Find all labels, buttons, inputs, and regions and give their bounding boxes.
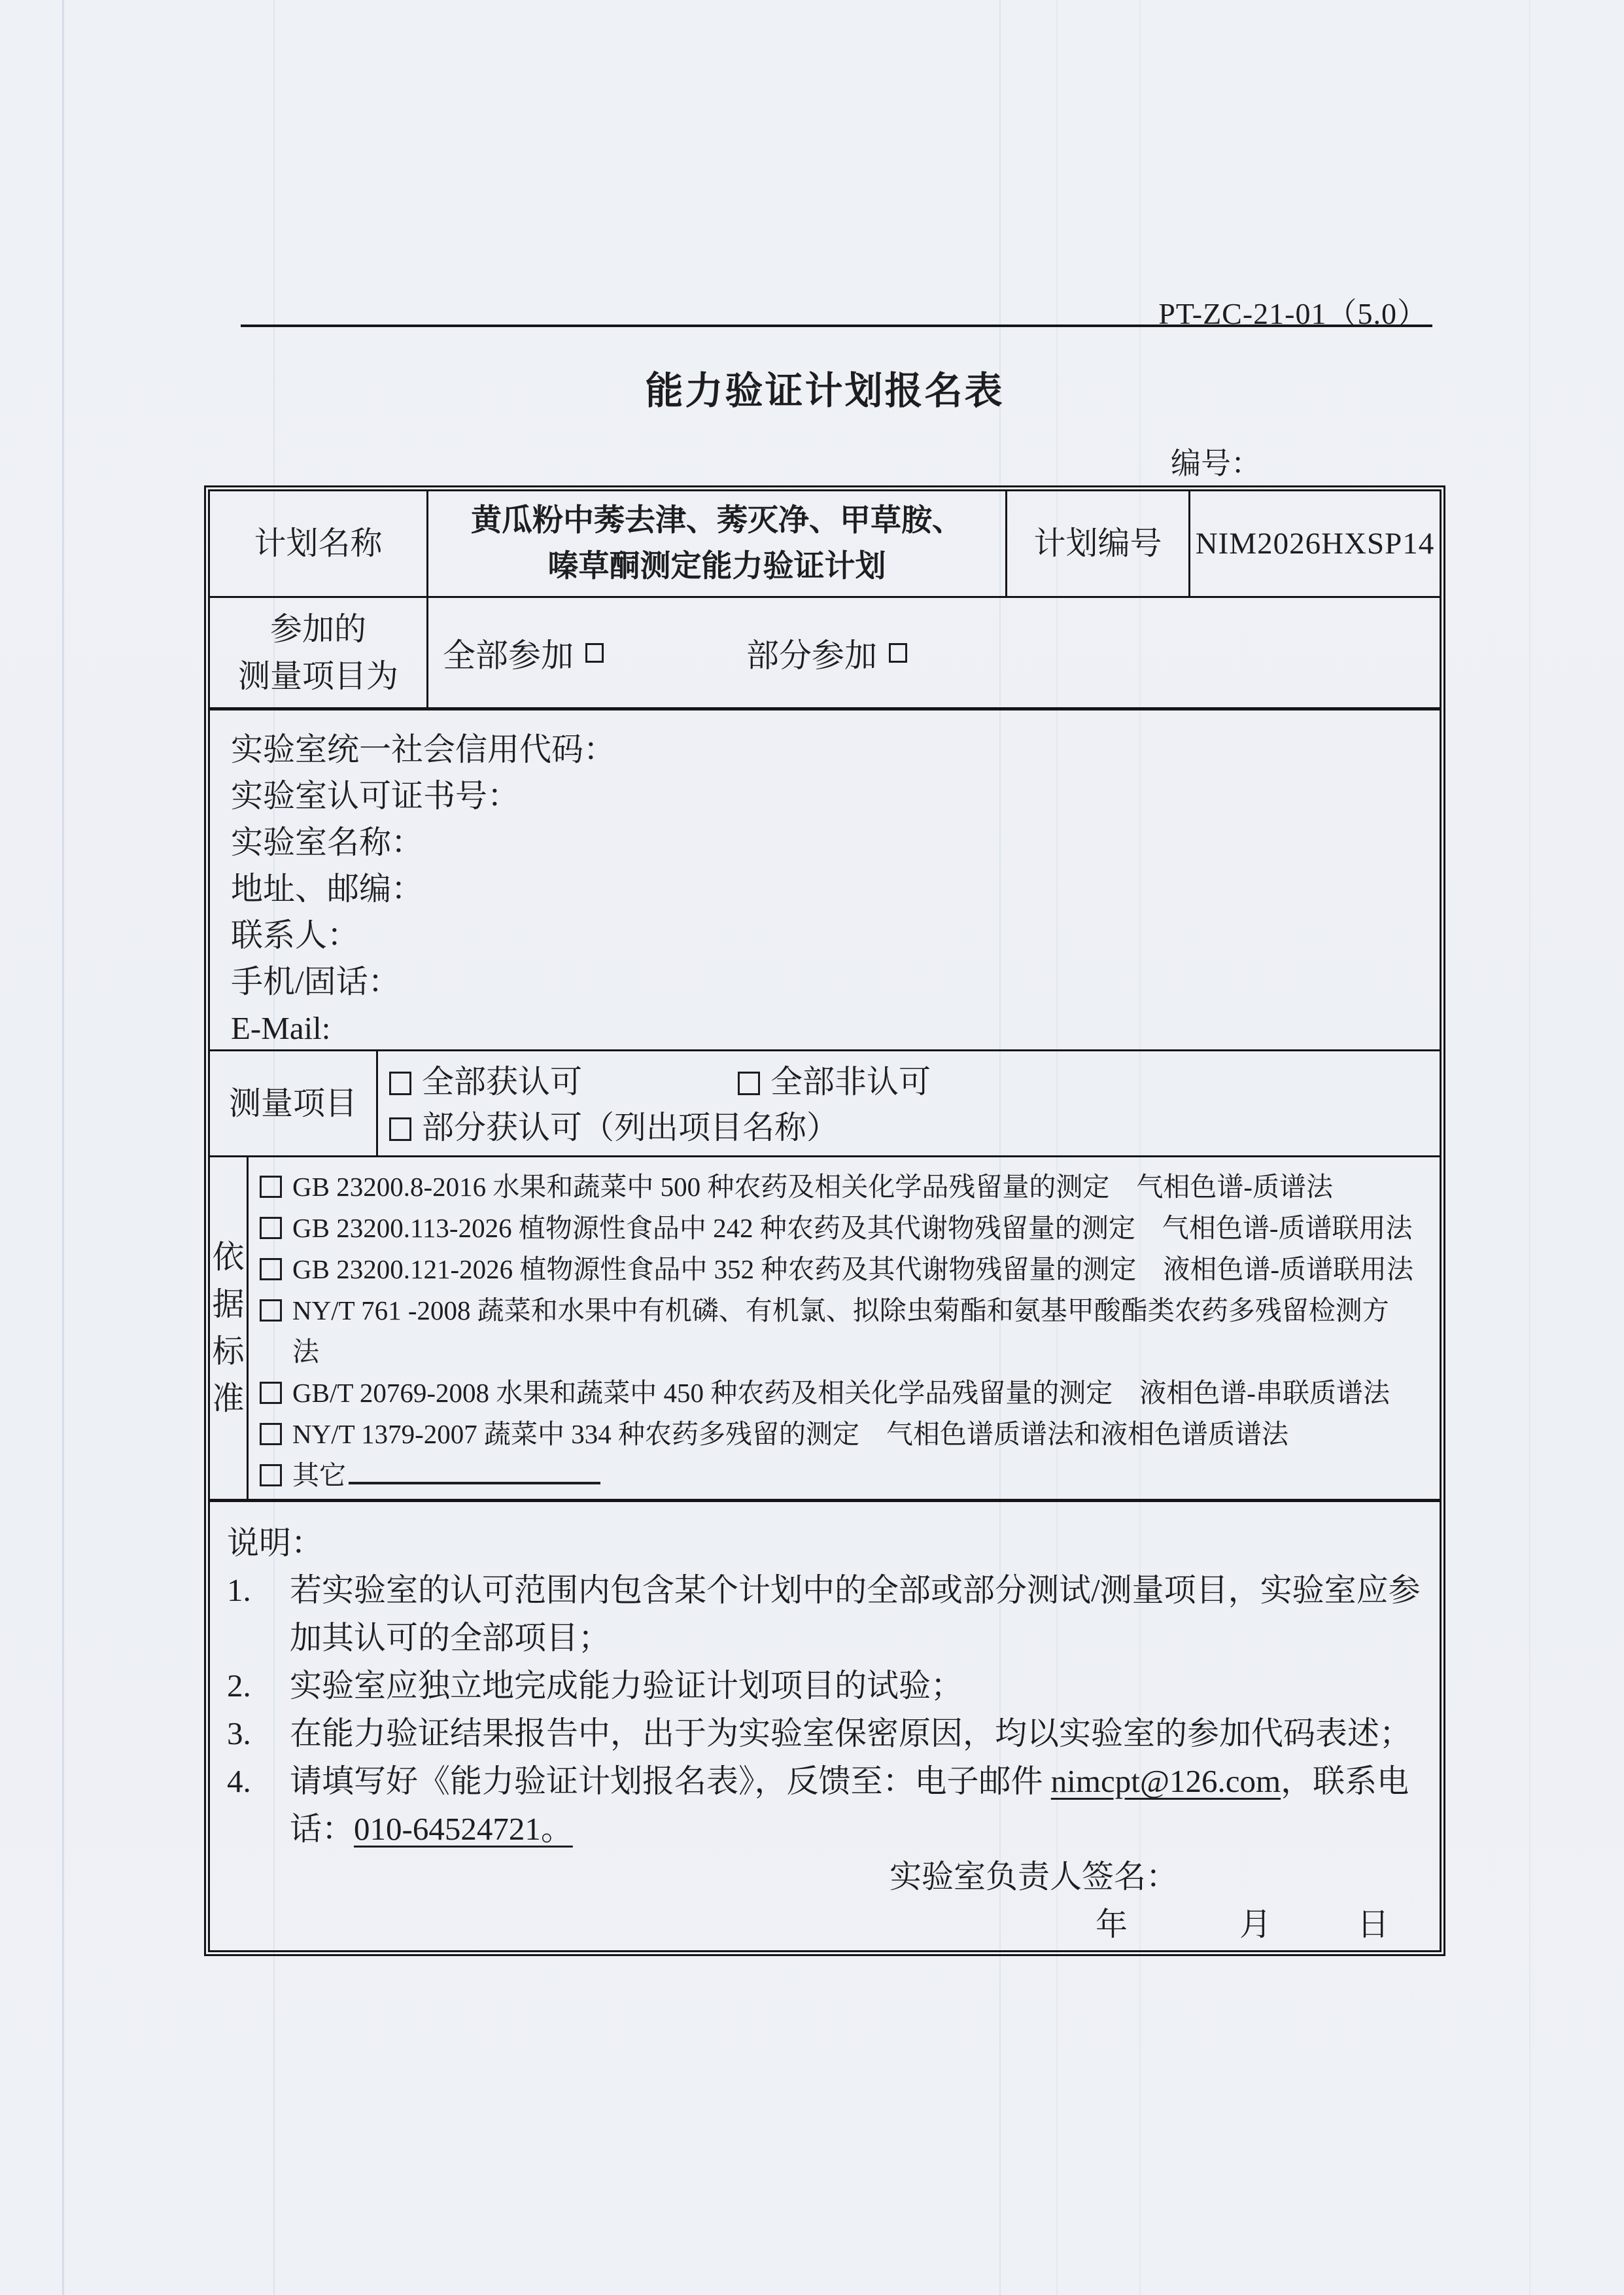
participation-label: 参加的 测量项目为: [210, 598, 428, 707]
row-plan-name: 计划名称 黄瓜粉中莠去津、莠灭净、甲草胺、 嗪草酮测定能力验证计划 计划编号 N…: [210, 491, 1440, 598]
plan-name-value: 黄瓜粉中莠去津、莠灭净、甲草胺、 嗪草酮测定能力验证计划: [428, 491, 1007, 596]
standards-label: 依据标准: [210, 1157, 249, 1499]
standard-item: GB/T 20769-2008 水果和蔬菜中 450 种农药及相关化学品残留量的…: [260, 1373, 1413, 1414]
participate-all-label: 全部参加: [443, 629, 574, 676]
serial-number-label: 编号：: [1171, 440, 1261, 483]
scan-streak: [1529, 0, 1530, 2295]
checkbox-standard-2[interactable]: [260, 1217, 282, 1239]
plan-name-line1: 黄瓜粉中莠去津、莠灭净、甲草胺、: [471, 498, 963, 544]
checkbox-partial-accredited[interactable]: [389, 1117, 411, 1141]
checkbox-participate-partial[interactable]: [889, 643, 907, 663]
plan-name-label: 计划名称: [210, 491, 428, 596]
all-accredited-label: 全部获认可: [422, 1064, 582, 1100]
row-notes: 说明： 1.若实验室的认可范围内包含某个计划中的全部或部分测试/测量项目，实验室…: [210, 1502, 1440, 1950]
contact-email: nimcpt@126.com: [1051, 1763, 1281, 1799]
date-line: 年月日: [227, 1901, 1421, 1948]
lab-address-field[interactable]: 地址、邮编：: [231, 866, 1440, 912]
registration-form-table: 计划名称 黄瓜粉中莠去津、莠灭净、甲草胺、 嗪草酮测定能力验证计划 计划编号 N…: [204, 485, 1445, 1956]
date-year-label: 年: [1096, 1906, 1128, 1942]
standard-item: NY/T 1379-2007 蔬菜中 334 种农药多残留的测定 气相色谱质谱法…: [260, 1414, 1413, 1455]
standard-item: GB 23200.121-2026 植物源性食品中 352 种农药及其代谢物残留…: [260, 1249, 1413, 1290]
lab-contact-field[interactable]: 联系人：: [231, 912, 1440, 958]
row-measurement-items: 测量项目 全部获认可全部非认可 部分获认可（列出项目名称）: [210, 1051, 1440, 1157]
standards-list: GB 23200.8-2016 水果和蔬菜中 500 种农药及相关化学品残留量的…: [249, 1157, 1440, 1499]
standard-item: GB 23200.113-2026 植物源性食品中 242 种农药及其代谢物残留…: [260, 1208, 1413, 1249]
note-item-4: 4.请填写好《能力验证计划报名表》，反馈至：电子邮件 nimcpt@126.co…: [227, 1757, 1421, 1805]
lab-name-field[interactable]: 实验室名称：: [231, 819, 1440, 866]
note-item-1-continuation: 加其认可的全部项目；: [227, 1614, 1421, 1662]
checkbox-none-accredited[interactable]: [738, 1072, 760, 1095]
lab-info-block: 实验室统一社会信用代码： 实验室认可证书号： 实验室名称： 地址、邮编： 联系人…: [210, 710, 1440, 1049]
standard-item-continuation: 法: [260, 1331, 1413, 1373]
notes-block: 说明： 1.若实验室的认可范围内包含某个计划中的全部或部分测试/测量项目，实验室…: [210, 1502, 1453, 1950]
standard-item-other: 其它: [260, 1455, 1413, 1496]
contact-phone: 010-64524721。: [354, 1811, 573, 1847]
other-standard-blank-line[interactable]: [349, 1457, 600, 1484]
checkbox-standard-6[interactable]: [260, 1423, 282, 1445]
scanned-form-page: PT-ZC-21-01（5.0） 能力验证计划报名表 编号： 计划名称 黄瓜粉中…: [0, 0, 1624, 2295]
checkbox-participate-all[interactable]: [585, 643, 604, 663]
accreditation-options: 全部获认可全部非认可 部分获认可（列出项目名称）: [378, 1051, 1440, 1155]
standard-item: NY/T 761 -2008 蔬菜和水果中有机磷、有机氯、拟除虫菊酯和氨基甲酸酯…: [260, 1290, 1413, 1331]
checkbox-standard-3[interactable]: [260, 1258, 282, 1280]
plan-name-line2: 嗪草酮测定能力验证计划: [548, 544, 886, 589]
plan-number-value: NIM2026HXSP14: [1190, 491, 1440, 596]
signature-label: 实验室负责人签名：: [227, 1853, 1421, 1901]
standard-item: GB 23200.8-2016 水果和蔬菜中 500 种农药及相关化学品残留量的…: [260, 1166, 1413, 1208]
partial-accredited-label: 部分获认可（列出项目名称）: [422, 1110, 838, 1146]
row-participation: 参加的 测量项目为 全部参加 部分参加: [210, 598, 1440, 710]
scan-streak: [62, 0, 64, 2295]
row-lab-info: 实验室统一社会信用代码： 实验室认可证书号： 实验室名称： 地址、邮编： 联系人…: [210, 710, 1440, 1051]
date-month-label: 月: [1239, 1906, 1271, 1942]
none-accredited-label: 全部非认可: [770, 1064, 931, 1100]
plan-number-label: 计划编号: [1007, 491, 1190, 596]
lab-accreditation-cert-field[interactable]: 实验室认可证书号：: [231, 773, 1440, 819]
notes-heading: 说明：: [227, 1520, 1421, 1566]
checkbox-all-accredited[interactable]: [389, 1072, 411, 1095]
checkbox-standard-5[interactable]: [260, 1382, 282, 1404]
measurement-items-label: 测量项目: [210, 1051, 378, 1155]
checkbox-standard-4[interactable]: [260, 1299, 282, 1322]
note-item-1: 1.若实验室的认可范围内包含某个计划中的全部或部分测试/测量项目，实验室应参: [227, 1566, 1421, 1614]
note-item-3: 3.在能力验证结果报告中，出于为实验室保密原因，均以实验室的参加代码表述；: [227, 1709, 1421, 1757]
date-day-label: 日: [1357, 1906, 1389, 1942]
header-divider-line: [241, 324, 1432, 327]
participation-options: 全部参加 部分参加: [428, 598, 1440, 707]
note-item-2: 2.实验室应独立地完成能力验证计划项目的试验；: [227, 1662, 1421, 1709]
row-standards: 依据标准 GB 23200.8-2016 水果和蔬菜中 500 种农药及相关化学…: [210, 1157, 1440, 1502]
checkbox-standard-other[interactable]: [260, 1464, 282, 1486]
lab-phone-field[interactable]: 手机/固话：: [231, 958, 1440, 1005]
lab-credit-code-field[interactable]: 实验室统一社会信用代码：: [231, 726, 1440, 773]
participate-partial-label: 部分参加: [746, 629, 877, 676]
form-title: 能力验证计划报名表: [204, 360, 1445, 415]
checkbox-standard-1[interactable]: [260, 1176, 282, 1198]
note-item-4-continuation: 话：010-64524721。: [227, 1805, 1421, 1853]
lab-email-field[interactable]: E-Mail:: [231, 1005, 1440, 1051]
